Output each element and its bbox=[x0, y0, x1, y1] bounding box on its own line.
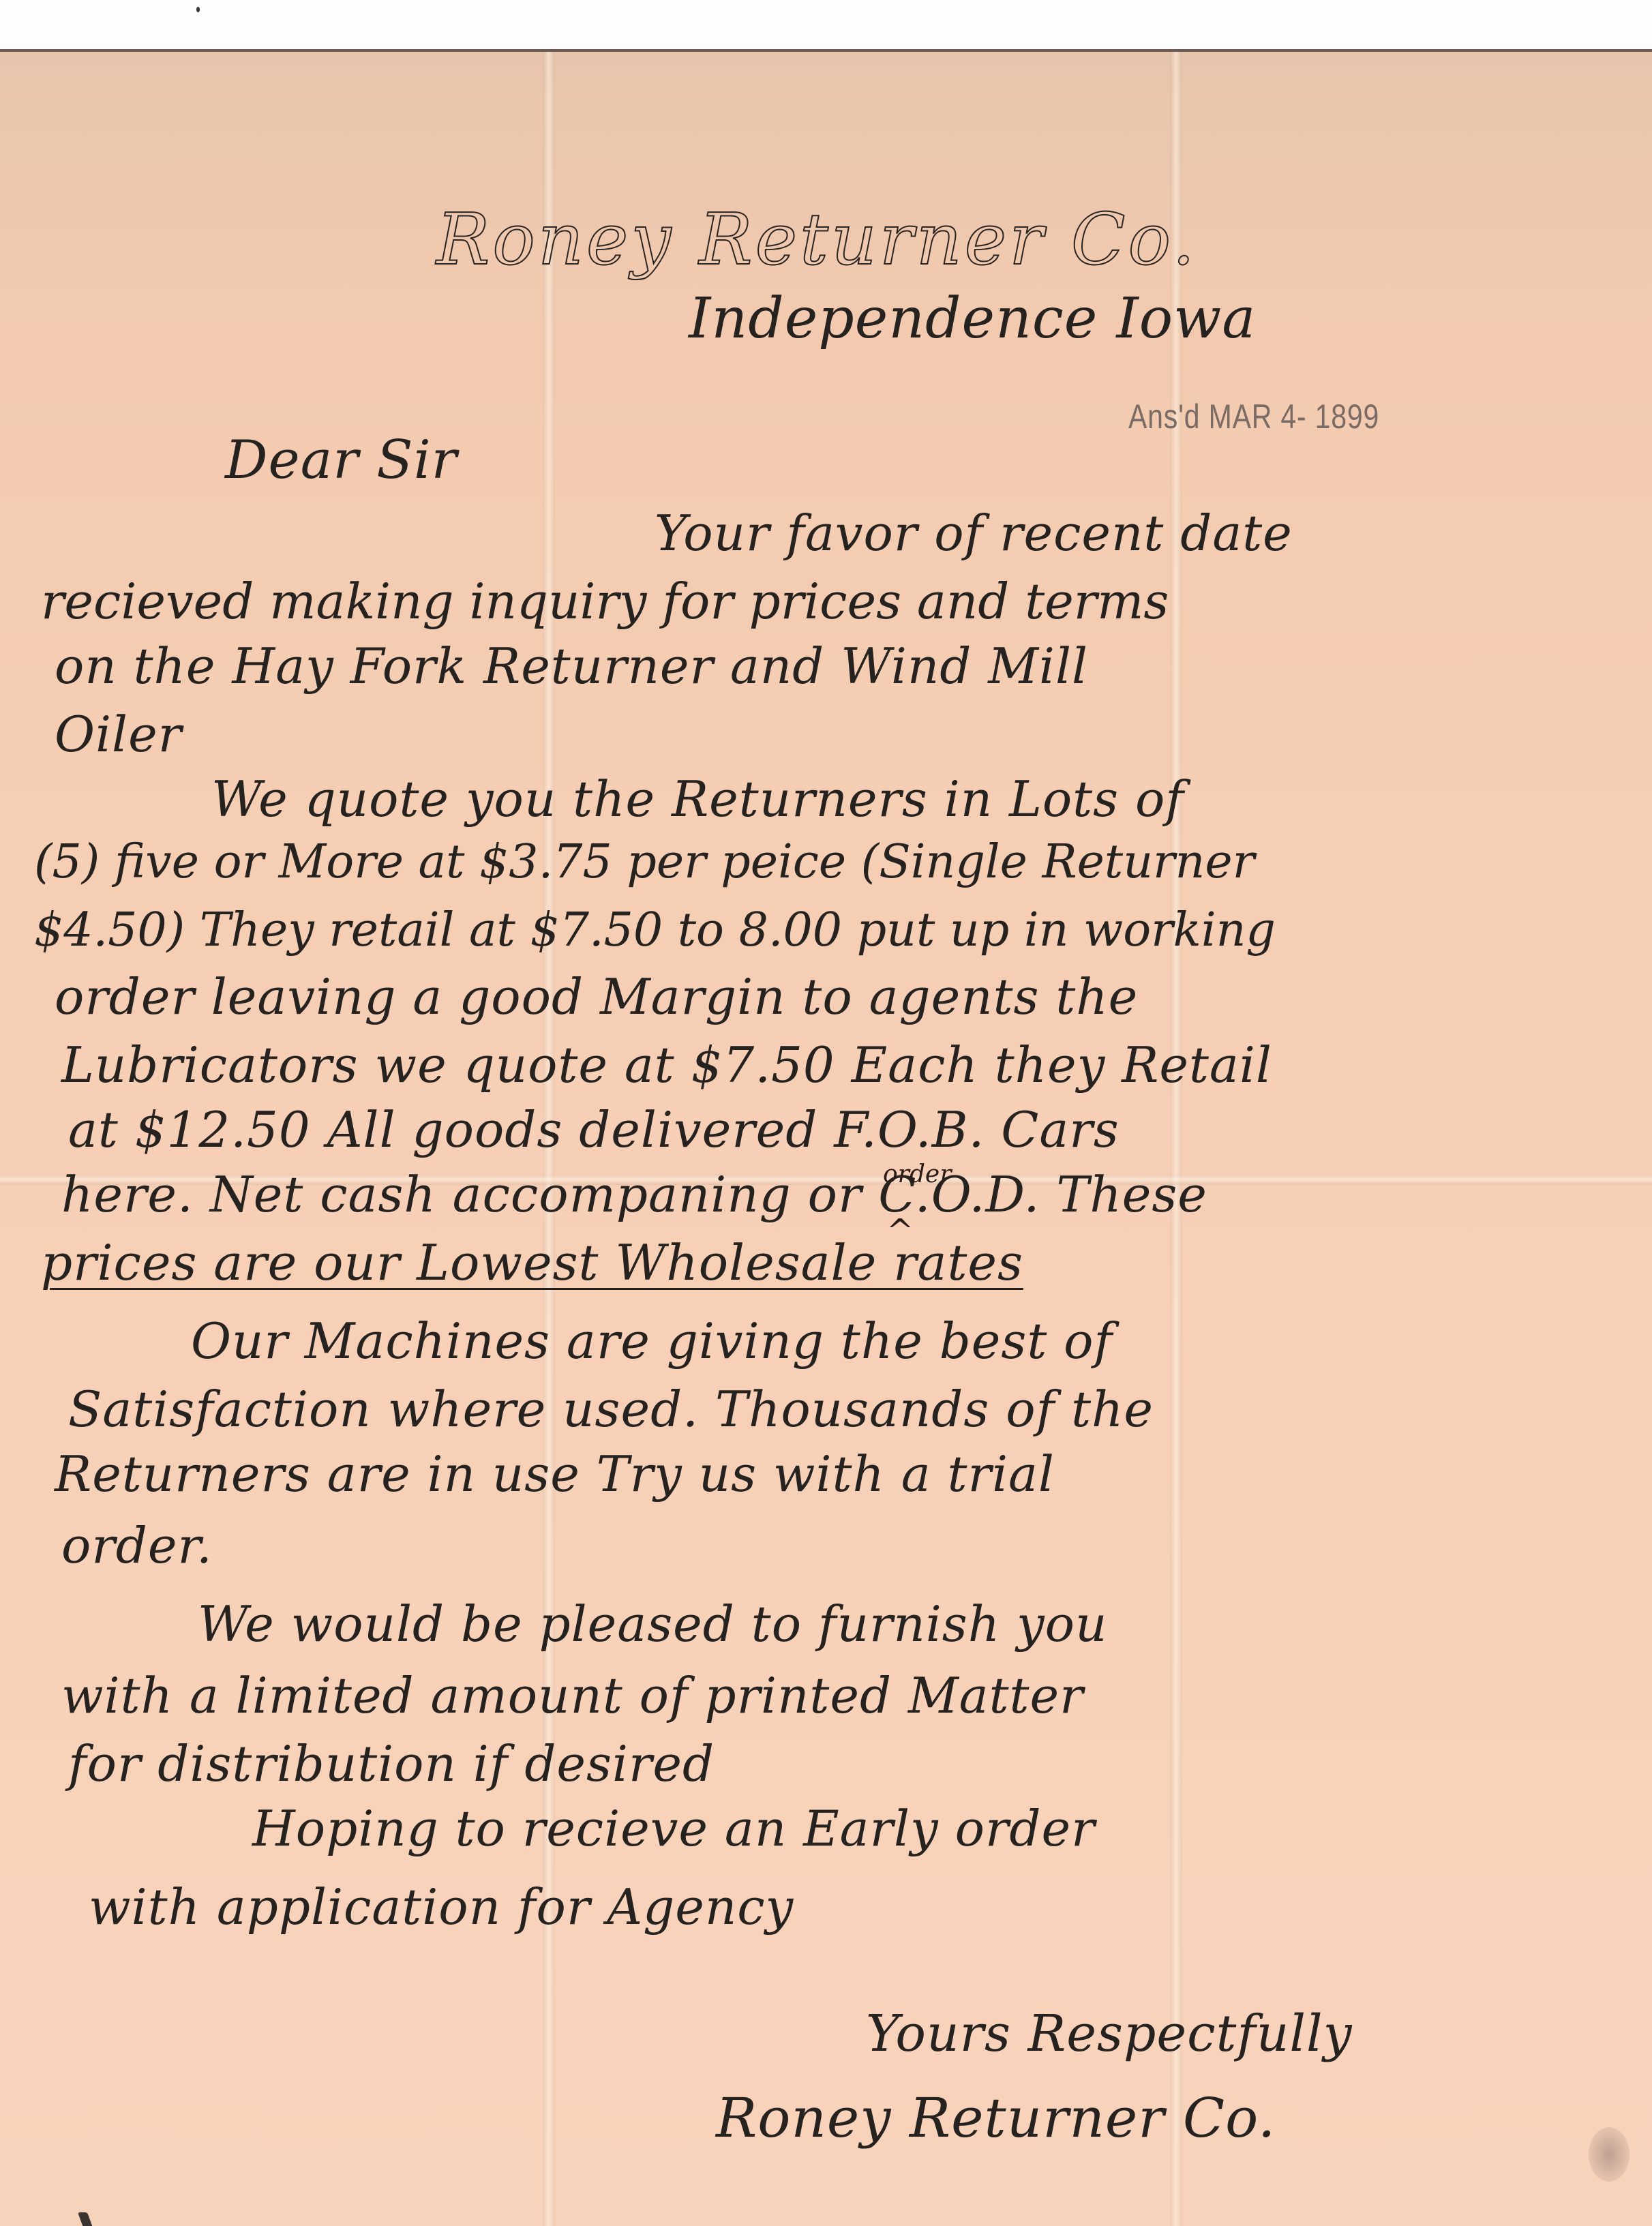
body-line-text: here. Net cash accompaning or C.O.D. The… bbox=[61, 1166, 1207, 1223]
body-line: at $12.50 All goods delivered F.O.B. Car… bbox=[68, 1101, 1120, 1158]
salutation: Dear Sir bbox=[225, 430, 457, 491]
body-line: Hoping to recieve an Early order bbox=[252, 1800, 1096, 1857]
fold-line-vertical-right bbox=[1170, 52, 1182, 2226]
body-line: with application for Agency bbox=[89, 1878, 794, 1936]
answered-date-stamp: Ans'd MAR 4- 1899 bbox=[1128, 397, 1379, 436]
scan-top-margin bbox=[0, 0, 1652, 49]
body-line: Oiler bbox=[55, 706, 182, 763]
body-line: for distribution if desired bbox=[68, 1735, 715, 1792]
letterhead-company: Roney Returner Co. bbox=[436, 198, 1197, 281]
closing: Yours Respectfully bbox=[866, 2004, 1353, 2063]
paper-shading bbox=[0, 52, 1652, 325]
body-line: $4.50) They retail at $7.50 to 8.00 put … bbox=[34, 903, 1276, 957]
body-line: Satisfaction where used. Thousands of th… bbox=[68, 1381, 1154, 1438]
body-line: order leaving a good Margin to agents th… bbox=[55, 968, 1138, 1025]
inserted-word: order bbox=[883, 1160, 951, 1188]
body-line: We quote you the Returners in Lots of bbox=[211, 770, 1184, 828]
body-line: Lubricators we quote at $7.50 Each they … bbox=[61, 1036, 1272, 1094]
signature: Roney Returner Co. bbox=[716, 2086, 1276, 2150]
body-line: Returners are in use Try us with a trial bbox=[55, 1445, 1055, 1503]
body-line: We would be pleased to furnish you bbox=[198, 1595, 1107, 1653]
ink-smudge bbox=[1589, 2127, 1630, 2182]
body-line: (5) five or More at $3.75 per peice (Sin… bbox=[34, 835, 1255, 889]
body-line-underlined: prices are our Lowest Wholesale rates bbox=[41, 1234, 1023, 1291]
body-line-emphasis: here. Net cash accompaning or C.O.D. The… bbox=[61, 1166, 1207, 1223]
letterhead-location: Independence Iowa bbox=[689, 286, 1256, 351]
dust-speck bbox=[196, 7, 200, 12]
body-line: on the Hay Fork Returner and Wind Mill bbox=[55, 637, 1088, 695]
body-line: order. bbox=[61, 1517, 213, 1574]
body-line: Your favor of recent date bbox=[655, 505, 1293, 562]
body-line: Our Machines are giving the best of bbox=[191, 1312, 1113, 1370]
body-line: with a limited amount of printed Matter bbox=[61, 1667, 1084, 1724]
body-line: recieved making inquiry for prices and t… bbox=[41, 573, 1169, 630]
